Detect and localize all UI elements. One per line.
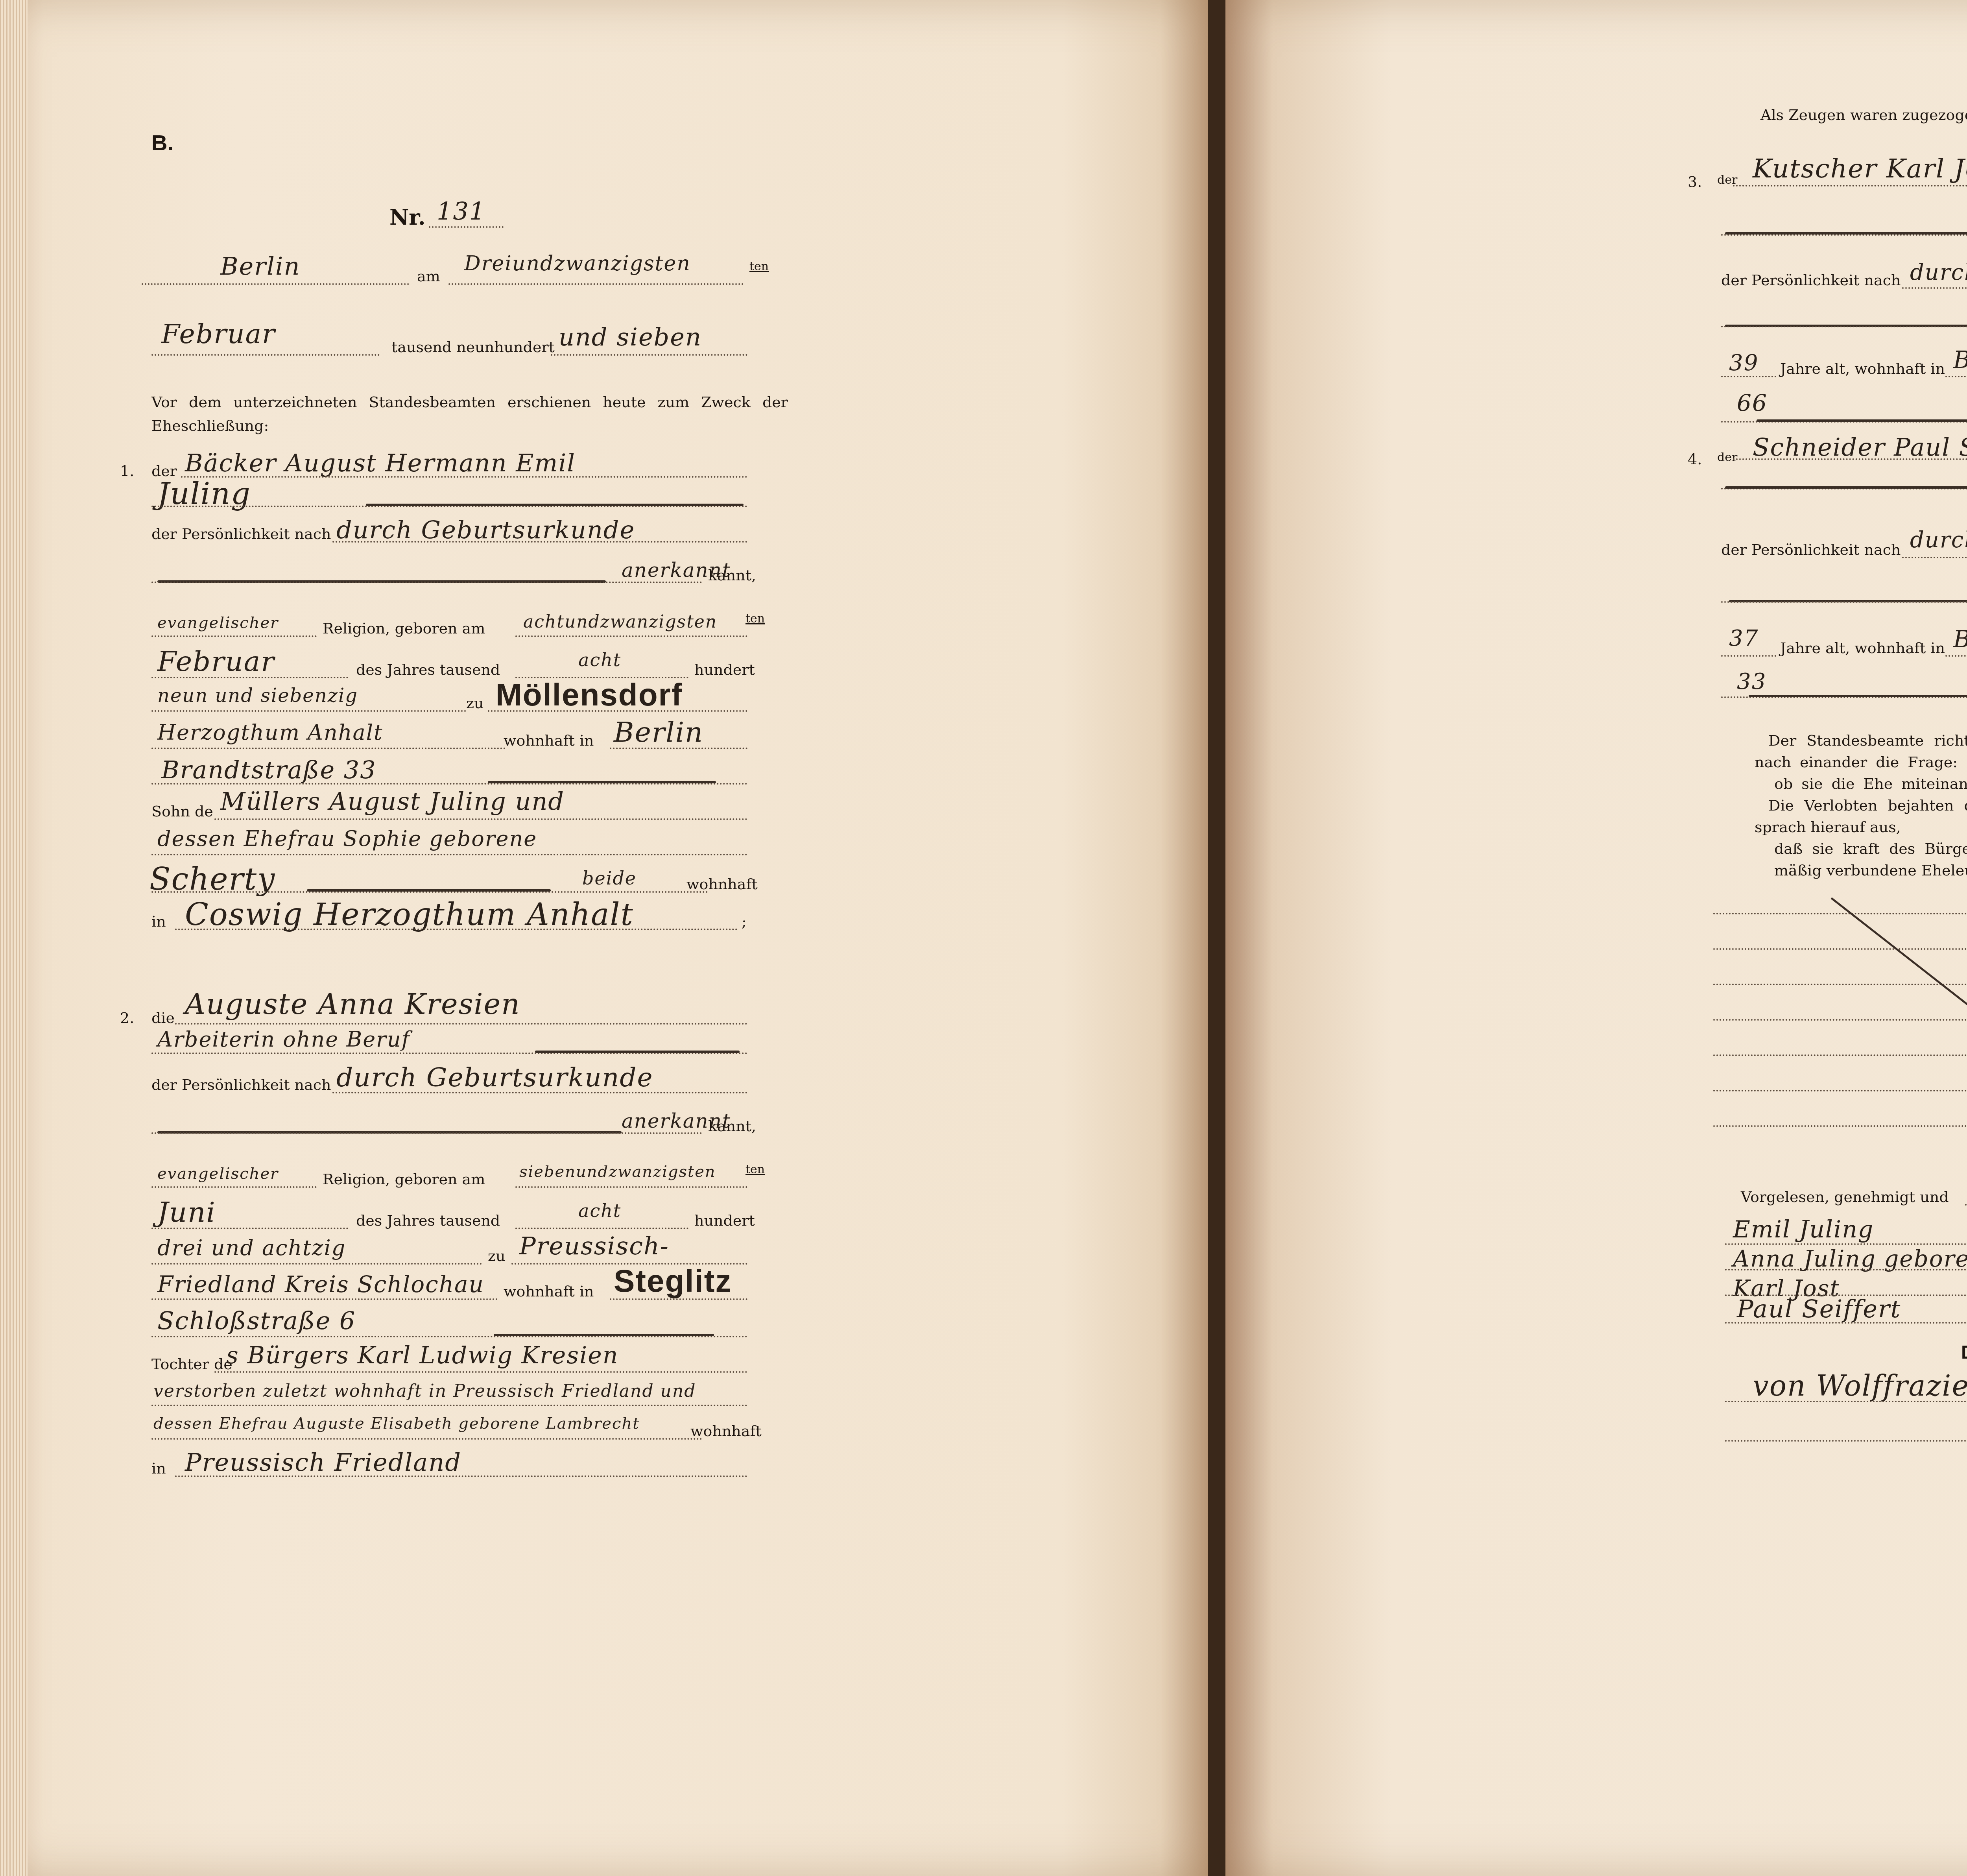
party1-jahres-label: des Jahres tausend [356, 661, 500, 678]
rule [151, 710, 466, 712]
rule [175, 1475, 747, 1477]
rule [151, 1132, 702, 1134]
fill-stroke [1725, 232, 1967, 234]
party2-birth-century: acht [578, 1200, 621, 1221]
place-value: Berlin [220, 252, 300, 281]
party1-known-label: kannt, [708, 567, 756, 584]
rule [151, 582, 702, 583]
blank-rule [1713, 1090, 1967, 1091]
rule [1733, 458, 1967, 460]
party2-number: 2. [120, 1009, 134, 1027]
formula-line-6: daß sie kraft des Bürgerlichen Gesetzbuc… [1774, 840, 1967, 857]
party1-name-line1: Bäcker August Hermann Emil [185, 449, 576, 477]
party1-zu-label: zu [466, 694, 484, 712]
rule [1902, 287, 1967, 289]
witness4-age: 37 [1729, 626, 1758, 651]
party2-jahres-label: des Jahres tausend [356, 1212, 500, 1229]
left-page: B. Nr. 131 Berlin am Dreiundzwanzigsten … [0, 0, 1208, 1876]
witness4-age-label: Jahre alt, wohnhaft in [1780, 639, 1945, 657]
party1-identity-label: der Persönlichkeit nach [151, 525, 331, 543]
rule [1902, 557, 1967, 558]
rule [1725, 1440, 1967, 1442]
blank-rule [1713, 1125, 1967, 1127]
party1-parents-label: Sohn de [151, 803, 213, 820]
party2-birth-day: siebenundzwanzigsten [519, 1163, 716, 1181]
intro-text-2: Eheschließung: [151, 417, 269, 434]
party2-parents-line2: verstorben zuletzt wohnhaft in Preussisc… [153, 1381, 696, 1401]
fill-stroke [1749, 695, 1967, 697]
rule [610, 1298, 747, 1300]
rule [1945, 655, 1967, 657]
rule [151, 1298, 498, 1300]
in-label: in [151, 913, 166, 930]
party2-parents-line1: s Bürgers Karl Ludwig Kresien [226, 1342, 618, 1369]
formula-line-1: Der Standesbeamte richtete an die Verlob… [1768, 732, 1967, 749]
formula-line-5: sprach hierauf aus, [1755, 818, 1901, 836]
rule [1721, 326, 1967, 327]
witness3-address: 66 [1737, 390, 1768, 416]
rule [1725, 1322, 1967, 1324]
party1-birth-day: achtundzwanzigsten [523, 612, 717, 632]
fill-stroke [1725, 486, 1967, 489]
in-label: in [151, 1460, 166, 1477]
page-edge-stack [0, 0, 28, 1876]
ten-suffix: ten [745, 1163, 765, 1176]
party1-hundert-label: hundert [694, 661, 755, 678]
rule [488, 710, 747, 712]
witness3-residence: Berlin Wolmerstraße [1953, 346, 1967, 374]
ten-suffix: ten [749, 260, 769, 273]
signature-4: Paul Seiffert [1737, 1294, 1901, 1323]
witness4-article: der [1717, 451, 1737, 464]
tausend-label: tausend neunhundert [391, 338, 555, 356]
rule [151, 635, 317, 637]
am-label: am [417, 268, 440, 285]
registrar-signature: von Wolffrazien [1753, 1369, 1967, 1402]
wohnhaft-label: wohnhaft [690, 1422, 762, 1440]
witness3-number: 3. [1688, 173, 1702, 190]
party2-residence-label: wohnhaft in [504, 1283, 594, 1300]
day-value: Dreiundzwanzigsten [464, 252, 691, 275]
fill-stroke [535, 1051, 740, 1053]
rule [214, 818, 747, 820]
intro-text: Vor dem unterzeichneten Standesbeamten e… [151, 393, 788, 411]
formula-line-3: ob sie die Ehe miteinander eingehen woll… [1774, 775, 1967, 792]
party1-birth-year: neun und siebenzig [157, 685, 358, 707]
blank-rule [1713, 948, 1967, 950]
rule [214, 1371, 747, 1373]
party1-address: Brandtstraße 33 [161, 755, 376, 784]
witness3-identity-label: der Persönlichkeit nach [1721, 271, 1901, 289]
month-value: Februar [161, 319, 276, 350]
section-letter: B. [151, 130, 173, 155]
party2-birth-year: drei und achtzig [157, 1235, 346, 1260]
witness4-identity-label: der Persönlichkeit nach [1721, 541, 1901, 558]
rule [151, 1438, 702, 1440]
witness3-age: 39 [1729, 350, 1758, 376]
party1-number: 1. [120, 462, 134, 480]
party2-parents-residence: Preussisch Friedland [185, 1448, 461, 1477]
rule [515, 1186, 747, 1188]
witness4-number: 4. [1688, 451, 1702, 468]
rule [551, 354, 747, 356]
party2-hundert-label: hundert [694, 1212, 755, 1229]
rule [151, 854, 747, 855]
party1-residence-label: wohnhaft in [504, 732, 594, 749]
party2-birth-place-2: Friedland Kreis Schlochau [157, 1271, 484, 1298]
rule [151, 1405, 747, 1406]
party2-birth-month: Juni [157, 1196, 216, 1228]
party2-zu-label: zu [488, 1247, 506, 1265]
rule [181, 476, 747, 478]
party2-name-line1: Auguste Anna Kresien [185, 988, 520, 1021]
party2-parents-line3: dessen Ehefrau Auguste Elisabeth geboren… [153, 1414, 640, 1433]
party2-known-label: kannt, [708, 1117, 756, 1135]
witness4-identity-value: durch Militärpaß [1910, 527, 1967, 553]
party2-identity-label: der Persönlichkeit nach [151, 1076, 331, 1093]
party1-parents-residence-prefix: beide [582, 868, 637, 889]
rule [1721, 376, 1776, 377]
party1-identity-value: durch Geburtsurkunde [336, 515, 635, 544]
signature-1: Emil Juling [1733, 1216, 1874, 1243]
cancel-stroke [1830, 897, 1967, 1112]
blank-rule [1713, 984, 1967, 985]
rule [332, 1092, 747, 1093]
blank-rule [1713, 913, 1967, 914]
fill-stroke [307, 889, 551, 892]
witness3-age-label: Jahre alt, wohnhaft in [1780, 360, 1945, 377]
semicolon: ; [742, 913, 747, 930]
rule [1965, 1204, 1967, 1206]
rule [151, 354, 380, 356]
rule [515, 1228, 688, 1229]
blank-rule [1713, 1054, 1967, 1056]
rule [151, 1228, 348, 1229]
read-label: Vorgelesen, genehmigt und [1741, 1188, 1949, 1206]
party1-residence: Berlin [614, 716, 703, 748]
right-page: Als Zeugen waren zugezogen und erschiene… [1225, 0, 1967, 1876]
wohnhaft-label: wohnhaft [686, 875, 758, 893]
formula-line-7: mäßig verbundene Eheleute seien. [1774, 862, 1967, 879]
rule [1945, 376, 1967, 377]
year-value: und sieben [559, 323, 702, 351]
rule [332, 541, 747, 543]
party1-parents-residence: Coswig Herzogthum Anhalt [185, 897, 634, 932]
signature-2: Anna Juling geborene Kresien [1733, 1245, 1967, 1272]
party1-birth-month: Februar [157, 645, 275, 678]
rule [448, 283, 744, 285]
ten-suffix: ten [745, 612, 765, 626]
rule [515, 635, 747, 637]
book-gutter [1208, 0, 1225, 1876]
witness4-address: 33 [1737, 669, 1766, 694]
party1-birth-place: Möllensdorf [496, 677, 683, 713]
rule [151, 1186, 317, 1188]
witness3-identity-value: durch Polizeimeldeschein [1910, 260, 1967, 285]
rule [1725, 1243, 1967, 1245]
rule [610, 748, 747, 749]
witness4-residence: Berlin Brandtstraße [1953, 626, 1967, 653]
rule [429, 226, 504, 228]
party2-address: Schloßstraße 6 [157, 1306, 356, 1335]
rule [175, 1023, 747, 1025]
party1-parents-line1: Müllers August Juling und [220, 787, 565, 816]
fill-stroke [488, 781, 716, 783]
witness-header: Als Zeugen waren zugezogen und erschiene… [1760, 106, 1967, 124]
party2-birth-place-1: Preussisch- [519, 1232, 669, 1260]
number-label: Nr. [389, 205, 426, 230]
party2-residence: Steglitz [614, 1263, 732, 1299]
blank-rule [1713, 1019, 1967, 1021]
fill-stroke [366, 504, 744, 506]
party2-parents-label: Tochter de [151, 1355, 232, 1373]
rule [151, 748, 506, 749]
party1-religion-label: Religion, geboren am [323, 620, 485, 637]
rule [151, 677, 348, 678]
party1-religion-value: evangelischer [157, 614, 279, 632]
formula-line-4: Die Verlobten bejahten diese Frage und d… [1768, 797, 1967, 814]
rule [1725, 1401, 1967, 1402]
party2-religion-label: Religion, geboren am [323, 1171, 485, 1188]
record-number: 131 [437, 197, 485, 225]
party2-name-line2: Arbeiterin ohne Beruf [157, 1027, 410, 1052]
party2-identity-value: durch Geburtsurkunde [336, 1062, 653, 1093]
rule [1721, 655, 1776, 657]
formula-line-2: nach einander die Frage: [1755, 753, 1958, 771]
witness4-name: Schneider Paul Seiffert [1753, 433, 1967, 462]
witness3-name: Kutscher Karl Jost [1753, 153, 1967, 184]
rule [1725, 1269, 1967, 1270]
rule [142, 283, 409, 285]
party2-religion-value: evangelischer [157, 1165, 279, 1183]
party1-parents-line2: dessen Ehefrau Sophie geborene [157, 826, 537, 851]
party1-birth-century: acht [578, 649, 621, 670]
fill-stroke [1757, 419, 1967, 422]
rule [1733, 185, 1967, 186]
registrar-label: Der Standesbeamte. [1961, 1342, 1967, 1363]
rule [151, 1263, 482, 1265]
rule [1721, 601, 1967, 603]
fill-stroke [494, 1334, 714, 1336]
party2-article: die [151, 1009, 175, 1027]
party1-birth-region: Herzogthum Anhalt [157, 720, 383, 745]
rule [175, 929, 738, 930]
